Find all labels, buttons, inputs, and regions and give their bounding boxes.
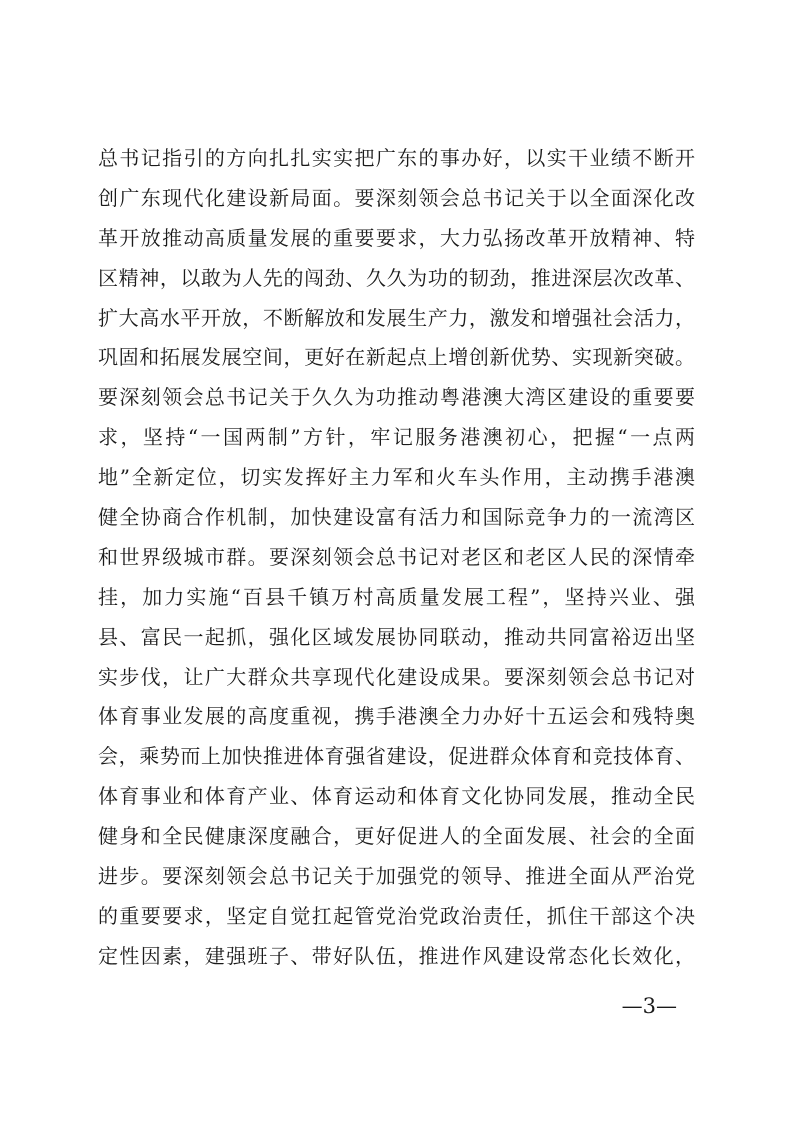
text-line: 区精神，以敢为人先的闯劲、久久为功的韧劲，推进深层次改革、 (98, 259, 695, 299)
text-line: 革开放推动高质量发展的重要要求，大力弘扬改革开放精神、特 (98, 219, 695, 259)
text-line: 实步伐，让广大群众共享现代化建设成果。要深刻领会总书记对 (98, 658, 695, 698)
text-line: 求，坚持“一国两制”方针，牢记服务港澳初心，把握“一点两 (98, 418, 695, 458)
text-line: 地”全新定位，切实发挥好主力军和火车头作用，主动携手港澳 (98, 458, 695, 498)
text-line: 县、富民一起抓，强化区域发展协同联动，推动共同富裕迈出坚 (98, 618, 695, 658)
text-line: 的重要要求，坚定自觉扛起管党治党政治责任，抓住干部这个决 (98, 897, 695, 937)
text-line: 健全协商合作机制，加快建设富有活力和国际竞争力的一流湾区 (98, 498, 695, 538)
text-line: 和世界级城市群。要深刻领会总书记对老区和老区人民的深情牵 (98, 538, 695, 578)
text-line: 体育事业发展的高度重视，携手港澳全力办好十五运会和残特奥 (98, 697, 695, 737)
text-line: 要深刻领会总书记关于久久为功推动粤港澳大湾区建设的重要要 (98, 378, 695, 418)
text-line: 挂，加力实施“百县千镇万村高质量发展工程”，坚持兴业、强 (98, 578, 695, 618)
body-text: 总书记指引的方向扎扎实实把广东的事办好，以实干业绩不断开 创广东现代化建设新局面… (98, 139, 695, 977)
text-line: 巩固和拓展发展空间，更好在新起点上增创新优势、实现新突破。 (98, 338, 695, 378)
text-line: 会，乘势而上加快推进体育强省建设，促进群众体育和竞技体育、 (98, 737, 695, 777)
text-line: 体育事业和体育产业、体育运动和体育文化协同发展，推动全民 (98, 777, 695, 817)
text-line: 总书记指引的方向扎扎实实把广东的事办好，以实干业绩不断开 (98, 139, 695, 179)
text-line: 定性因素，建强班子、带好队伍，推进作风建设常态化长效化， (98, 937, 695, 977)
page-number: —3— (622, 993, 677, 1019)
text-line: 扩大高水平开放，不断解放和发展生产力，激发和增强社会活力， (98, 299, 695, 339)
text-line: 进步。要深刻领会总书记关于加强党的领导、推进全面从严治党 (98, 857, 695, 897)
document-page: 总书记指引的方向扎扎实实把广东的事办好，以实干业绩不断开 创广东现代化建设新局面… (0, 0, 793, 1122)
text-line: 健身和全民健康深度融合，更好促进人的全面发展、社会的全面 (98, 817, 695, 857)
text-line: 创广东现代化建设新局面。要深刻领会总书记关于以全面深化改 (98, 179, 695, 219)
